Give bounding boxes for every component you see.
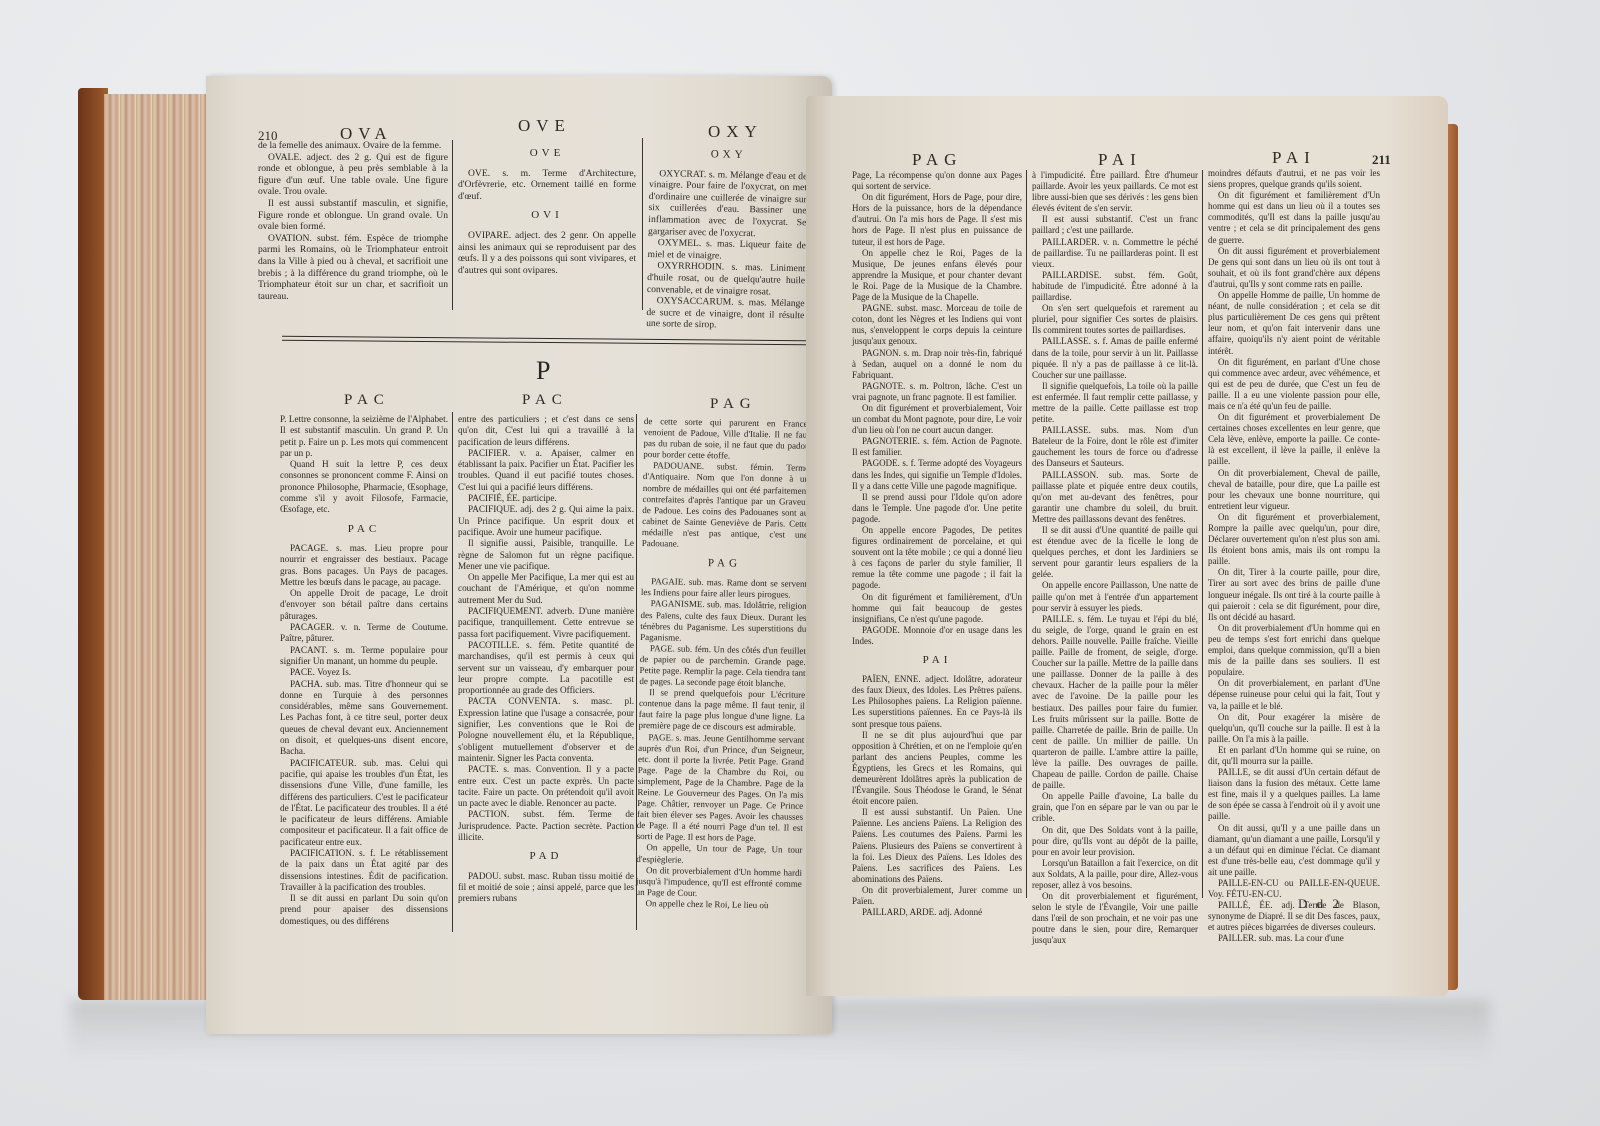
entry: PACAGER. v. n. Terme de Coutume. Paître,… <box>280 622 448 645</box>
entry: Il se prend quelquefois pour L'écriture … <box>638 687 805 734</box>
entry: On dit figurément, en parlant d'Une chos… <box>1208 357 1380 412</box>
entry: PACIFIQUE. adj. des 2 g. Qui aime la pai… <box>458 504 634 538</box>
entry: Il est aussi substantif. C'est un franc … <box>1032 214 1198 236</box>
entry: PAILLARD, ARDE. adj. Adonné <box>852 907 1022 918</box>
left-bottom-col-1: P. Lettre consonne, la seizième de l'Alp… <box>280 414 448 927</box>
entry: OVIPARE. adject. des 2 genr. On appelle … <box>458 230 636 276</box>
entry: PAILLER. sub. mas. La cour d'une <box>1208 933 1380 944</box>
entry: PAILLASSON. sub. mas. Sorte de paillasse… <box>1032 470 1198 525</box>
left-bottom-col-2: entre des particuliers ; et c'est dans c… <box>458 414 634 904</box>
bottom-head-1: PAC <box>344 392 390 409</box>
entry: On appelle chez le Roi, Pages de la Musi… <box>852 248 1022 303</box>
column-rule <box>1202 170 1203 898</box>
entry: On appelle Homme de paille, Un homme de … <box>1208 290 1380 357</box>
entry: OVATION. subst. fém. Espèce de triomphe … <box>258 233 448 303</box>
entry: PAILLE, se dit aussi d'Un certain défaut… <box>1208 767 1380 822</box>
entry: On dit proverbialement d'Un homme hardi … <box>636 865 803 901</box>
entry: Page, La récompense qu'on donne aux Page… <box>852 170 1022 192</box>
entry: PACIFICATION. s. f. Le rétablissement de… <box>280 848 448 893</box>
entry: PACIFIÉ, ÉE. participe. <box>458 493 634 504</box>
entry: OVALE. adject. des 2 g. Qui est de figur… <box>258 152 448 198</box>
entry: Il signifie aussi, Paisible, tranquille.… <box>458 538 634 572</box>
entry: PAGODE. s. f. Terme adopté des Voyageurs… <box>852 458 1022 491</box>
entry: On appelle encore Paillasson, Une natte … <box>1032 580 1198 613</box>
entry: PAILLASSE. subs. mas. Nom d'un Bateleur … <box>1032 425 1198 469</box>
entry: Et en parlant d'Un homme qui se ruine, o… <box>1208 745 1380 767</box>
bottom-head-2: PAC <box>522 392 568 409</box>
column-rule <box>452 412 453 932</box>
left-top-col-2: OVE OVE. s. m. Terme d'Architecture, d'O… <box>458 140 636 276</box>
page-number-right: 211 <box>1372 152 1391 168</box>
entry: OXYCRAT. s. m. Mélange d'eau et de vinai… <box>648 168 807 241</box>
entry: PACHA. sub. mas. Titre d'honneur qui se … <box>280 679 448 758</box>
entry: PAILLARDER. v. n. Commettre le péché de … <box>1032 237 1198 270</box>
entry: de cette sorte qui parurent en France, v… <box>643 416 810 463</box>
entry: entre des particuliers ; et c'est dans c… <box>458 414 634 448</box>
photo-scene: 210 OVA OVE OXY de la femelle des animau… <box>0 0 1600 1126</box>
right-col-2: à l'impudicité. Être paillard. Être d'hu… <box>1032 170 1198 947</box>
entry: de la femelle des animaux. Ovaire de la … <box>258 140 448 152</box>
entry: PAILLÉ, ÉE. adj. Terme de Blason, synony… <box>1208 900 1380 933</box>
entry: On dit figurément et proverbialement De … <box>1208 412 1380 467</box>
entry: On dit, Pour exagérer la misère de quelq… <box>1208 712 1380 745</box>
entry: On s'en sert quelquefois et rarement au … <box>1032 303 1198 336</box>
entry: Il signifie quelquefois, La toile où la … <box>1032 381 1198 425</box>
entry: OXYRRHODIN. s. mas. Liniment d'huile ros… <box>647 260 806 298</box>
running-head-2: OVE <box>518 116 571 136</box>
section-heading: PAG <box>641 557 807 571</box>
right-col-3: moindres défauts d'autrui, et ne pas voi… <box>1208 168 1380 945</box>
column-rule <box>1026 170 1027 898</box>
bottom-head-3: PAG <box>710 396 757 413</box>
entry: PAÏEN, ENNE. adject. Idolâtre, adorateur… <box>852 674 1022 729</box>
section-heading: OVI <box>458 210 636 222</box>
entry: PACTE. s. mas. Convention. Il y a pacte … <box>458 764 634 809</box>
entry: PAGE. sub. fém. Un des côtés d'un feuill… <box>639 643 806 690</box>
entry: PACE. Voyez Is. <box>280 667 448 678</box>
running-head-3: OXY <box>708 122 763 142</box>
entry: OXYSACCARUM. s. mas. Mélange de sucre et… <box>646 295 805 333</box>
entry: PACOTILLE. s. fém. Petite quantité de ma… <box>458 640 634 696</box>
entry: Il est aussi substantif masculin, et sig… <box>258 198 448 233</box>
entry: PACTION. subst. fém. Terme de Jurisprude… <box>458 809 634 843</box>
entry: OVE. s. m. Terme d'Architecture, d'Orfèv… <box>458 168 636 203</box>
entry: On dit proverbialement, Jurer comme un P… <box>852 885 1022 907</box>
entry: On appelle, Un tour de Page, Un tour d'e… <box>636 842 802 867</box>
entry: On dit, Tirer à la courte paille, pour d… <box>1208 567 1380 622</box>
entry: PACIFIER. v. a. Apaiser, calmer en établ… <box>458 448 634 493</box>
signature-mark: D d 2 <box>1298 896 1342 912</box>
entry: PAGE. s. mas. Jeune Gentilhomme servant … <box>637 731 805 845</box>
entry: PAGAIE. sub. mas. Rame dont se servent l… <box>641 576 807 601</box>
entry: PAGODE. Monnoie d'or en usage dans les I… <box>852 625 1022 647</box>
running-head-4: PAG <box>912 150 962 170</box>
entry: PACTA CONVENTA. s. masc. pl. Expression … <box>458 696 634 764</box>
entry: PAILLE-EN-CU ou PAILLE-EN-QUEUE. Voy. FÉ… <box>1208 878 1380 900</box>
entry: On dit, que Des Soldats vont à la paille… <box>1032 825 1198 858</box>
entry: On dit figurément et proverbialement, Ro… <box>1208 512 1380 567</box>
letter-heading: P <box>536 356 550 386</box>
entry: PADOU. subst. masc. Ruban tissu moitié d… <box>458 871 634 905</box>
right-col-1: Page, La récompense qu'on donne aux Page… <box>852 170 1022 918</box>
entry: moindres défauts d'autrui, et ne pas voi… <box>1208 168 1380 190</box>
entry: PAGNOTERIE. s. fém. Action de Pagnote. I… <box>852 436 1022 458</box>
section-heading: OVE <box>458 148 636 160</box>
entry: PACIFICATEUR. sub. mas. Celui qui pacifi… <box>280 758 448 848</box>
section-heading: OXY <box>650 148 808 163</box>
entry: Il ne se dit plus aujourd'hui que par op… <box>852 730 1022 808</box>
entry: On dit aussi, qu'Il y a une paille dans … <box>1208 823 1380 878</box>
entry: PACIFIQUEMENT. adverb. D'une manière pac… <box>458 606 634 640</box>
column-rule <box>642 138 643 310</box>
entry: On dit figurément et familièrement d'Un … <box>1208 190 1380 245</box>
entry: PACANT. s. m. Terme populaire pour signi… <box>280 645 448 668</box>
entry: On dit figurément et proverbialement, Vo… <box>852 403 1022 436</box>
entry: Il se dit aussi d'Une quantité de paille… <box>1032 525 1198 580</box>
entry: PAGNON. s. m. Drap noir très-fin, fabriq… <box>852 348 1022 381</box>
entry: On dit proverbialement d'Un homme qui en… <box>1208 623 1380 678</box>
entry: On appelle Paille d'avoine, La balle du … <box>1032 791 1198 824</box>
entry: On appelle Mer Pacifique, La mer qui est… <box>458 572 634 606</box>
entry: On dit figurément et familièrement, d'Un… <box>852 592 1022 625</box>
entry: PACAGE. s. mas. Lieu propre pour nourrir… <box>280 543 448 588</box>
entry: P. Lettre consonne, la seizième de l'Alp… <box>280 414 448 459</box>
entry: PAGNE. subst. masc. Morceau de toile de … <box>852 303 1022 347</box>
entry: On appelle encore Pagodes, De petites fi… <box>852 525 1022 592</box>
left-top-col-3: OXY OXYCRAT. s. m. Mélange d'eau et de v… <box>646 140 808 333</box>
entry: PAILLASSE. s. f. Amas de paille enfermé … <box>1032 336 1198 380</box>
running-head-6: PAI <box>1272 148 1316 168</box>
entry: On appelle Droit de pacage, Le droit d'e… <box>280 588 448 622</box>
entry: PAILLARDISE. subst. fém. Goût, habitude … <box>1032 270 1198 303</box>
entry: PAGNOTE. s. m. Poltron, lâche. C'est un … <box>852 381 1022 403</box>
entry: PAGANISME. sub. mas. Idolâtrie, religion… <box>640 598 807 645</box>
entry: OXYMEL. s. mas. Liqueur faite de miel et… <box>647 237 805 263</box>
section-heading: PAI <box>852 655 1022 666</box>
running-head-5: PAI <box>1098 150 1142 170</box>
section-heading: PAD <box>458 851 634 862</box>
entry: PADOUANE. subst. fémin. Terme d'Antiquai… <box>642 460 810 552</box>
entry: Quand H suit la lettre P, ces deux conso… <box>280 459 448 515</box>
entry: On dit proverbialement, Cheval de paille… <box>1208 468 1380 512</box>
page-edges-left <box>104 94 210 1000</box>
entry: Lorsqu'un Bataillon a fait l'exercice, o… <box>1032 858 1198 891</box>
section-heading: PAC <box>280 524 448 535</box>
entry: On dit proverbialement, en parlant d'Une… <box>1208 678 1380 711</box>
entry: PAILLE. s. fém. Le tuyau et l'épi du blé… <box>1032 614 1198 792</box>
entry: à l'impudicité. Être paillard. Être d'hu… <box>1032 170 1198 214</box>
entry: Il se dit aussi en parlant Du soin qu'on… <box>280 893 448 927</box>
entry: On dit figurément, Hors de Page, pour di… <box>852 192 1022 247</box>
entry: Il est aussi substantif. Un Païen. Une P… <box>852 807 1022 885</box>
left-bottom-col-3: de cette sorte qui parurent en France, v… <box>635 416 810 912</box>
entry: On dit proverbialement et figurément, se… <box>1032 891 1198 946</box>
entry: On dit aussi figurément et proverbialeme… <box>1208 246 1380 290</box>
left-top-col-1: de la femelle des animaux. Ovaire de la … <box>258 140 448 302</box>
column-rule <box>452 140 453 310</box>
entry: Il se prend aussi pour l'Idole qu'on ado… <box>852 492 1022 525</box>
